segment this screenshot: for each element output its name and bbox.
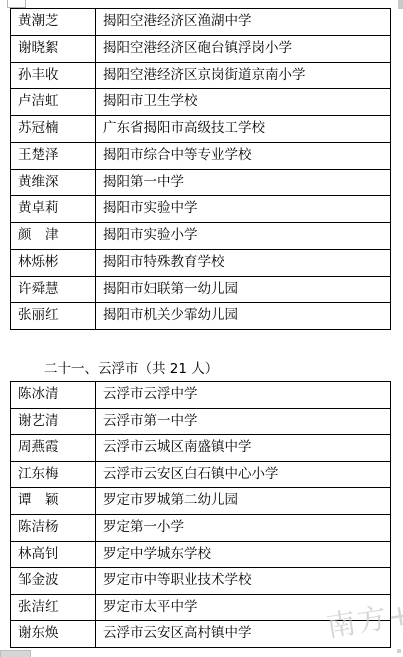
table-row: 黄卓莉 揭阳市实验中学	[11, 196, 391, 223]
school-cell: 揭阳第一中学	[96, 169, 391, 196]
scrollbar-fragment-top-right	[398, 0, 403, 9]
school-cell: 揭阳市卫生学校	[96, 89, 391, 116]
table-row: 林烁彬 揭阳市特殊教育学校	[11, 249, 391, 276]
yunfu-awardees-table: 陈冰清 云浮市云浮中学 谢艺清 云浮市第一中学 周燕霞 云浮市云城区南盛镇中学 …	[10, 381, 391, 648]
table-row: 谭 颖 罗定市罗城第二幼儿园	[11, 488, 391, 515]
yunfu-section-heading: 二十一、云浮市（共 21 人）	[44, 360, 218, 379]
table-row: 林高钊 罗定中学城东学校	[11, 541, 391, 568]
table-row: 孙丰收 揭阳空港经济区京岗街道京南小学	[11, 62, 391, 89]
teacher-name-cell: 颜 津	[11, 223, 96, 250]
teacher-name-cell: 谢东焕	[11, 621, 96, 648]
table-row: 张丽红 揭阳市机关少霏幼儿园	[11, 303, 391, 330]
school-cell: 云浮市云安区高村镇中学	[96, 621, 391, 648]
school-cell: 云浮市第一中学	[96, 408, 391, 435]
teacher-name-cell: 黄维深	[11, 169, 96, 196]
school-cell: 罗定市太平中学	[96, 594, 391, 621]
table-row: 江东梅 云浮市云安区白石镇中心小学	[11, 461, 391, 488]
teacher-name-cell: 江东梅	[11, 461, 96, 488]
school-cell: 揭阳市综合中等专业学校	[96, 142, 391, 169]
table-row: 黄维深 揭阳第一中学	[11, 169, 391, 196]
table-row: 王楚泽 揭阳市综合中等专业学校	[11, 142, 391, 169]
school-cell: 罗定市中等职业技术学校	[96, 568, 391, 595]
teacher-name-cell: 黄卓莉	[11, 196, 96, 223]
school-cell: 揭阳市机关少霏幼儿园	[96, 303, 391, 330]
table-row: 黄潮芝 揭阳空港经济区渔湖中学	[11, 9, 391, 36]
table-row: 邹金波 罗定市中等职业技术学校	[11, 568, 391, 595]
teacher-name-cell: 邹金波	[11, 568, 96, 595]
school-cell: 云浮市云浮中学	[96, 382, 391, 409]
school-cell: 云浮市云城区南盛镇中学	[96, 435, 391, 462]
table-row: 苏冠楠 广东省揭阳市高级技工学校	[11, 116, 391, 143]
school-cell: 揭阳空港经济区京岗街道京南小学	[96, 62, 391, 89]
table-row: 谢艺清 云浮市第一中学	[11, 408, 391, 435]
school-cell: 揭阳市妇联第一幼儿园	[96, 276, 391, 303]
table-row: 陈冰清 云浮市云浮中学	[11, 382, 391, 409]
table-row: 谢晓絮 揭阳空港经济区砲台镇浮岗小学	[11, 35, 391, 62]
school-cell: 揭阳空港经济区砲台镇浮岗小学	[96, 35, 391, 62]
table-row: 陈洁杨 罗定第一小学	[11, 514, 391, 541]
teacher-name-cell: 张洁红	[11, 594, 96, 621]
teacher-name-cell: 林高钊	[11, 541, 96, 568]
page-edge-artifact-bottom-right	[397, 649, 401, 653]
table-row: 颜 津 揭阳市实验小学	[11, 223, 391, 250]
teacher-name-cell: 林烁彬	[11, 249, 96, 276]
school-cell: 罗定中学城东学校	[96, 541, 391, 568]
school-cell: 揭阳市实验中学	[96, 196, 391, 223]
page-edge-artifact-top-left	[7, 0, 26, 8]
school-cell: 云浮市云安区白石镇中心小学	[96, 461, 391, 488]
school-cell: 广东省揭阳市高级技工学校	[96, 116, 391, 143]
teacher-name-cell: 谢艺清	[11, 408, 96, 435]
teacher-name-cell: 张丽红	[11, 303, 96, 330]
table-row: 谢东焕 云浮市云安区高村镇中学	[11, 621, 391, 648]
teacher-name-cell: 周燕霞	[11, 435, 96, 462]
school-cell: 罗定市罗城第二幼儿园	[96, 488, 391, 515]
school-cell: 揭阳市特殊教育学校	[96, 249, 391, 276]
school-cell: 揭阳市实验小学	[96, 223, 391, 250]
teacher-name-cell: 黄潮芝	[11, 9, 96, 36]
teacher-name-cell: 苏冠楠	[11, 116, 96, 143]
teacher-name-cell: 陈洁杨	[11, 514, 96, 541]
jieyang-awardees-table: 黄潮芝 揭阳空港经济区渔湖中学 谢晓絮 揭阳空港经济区砲台镇浮岗小学 孙丰收 揭…	[10, 8, 391, 330]
school-cell: 罗定第一小学	[96, 514, 391, 541]
table-row: 周燕霞 云浮市云城区南盛镇中学	[11, 435, 391, 462]
teacher-name-cell: 卢洁虹	[11, 89, 96, 116]
teacher-name-cell: 许舜慧	[11, 276, 96, 303]
school-cell: 揭阳空港经济区渔湖中学	[96, 9, 391, 36]
teacher-name-cell: 陈冰清	[11, 382, 96, 409]
teacher-name-cell: 王楚泽	[11, 142, 96, 169]
table-row: 卢洁虹 揭阳市卫生学校	[11, 89, 391, 116]
teacher-name-cell: 孙丰收	[11, 62, 96, 89]
teacher-name-cell: 谭 颖	[11, 488, 96, 515]
page-edge-artifact-bottom-left	[0, 650, 31, 657]
teacher-name-cell: 谢晓絮	[11, 35, 96, 62]
table-row: 许舜慧 揭阳市妇联第一幼儿园	[11, 276, 391, 303]
table-row: 张洁红 罗定市太平中学	[11, 594, 391, 621]
